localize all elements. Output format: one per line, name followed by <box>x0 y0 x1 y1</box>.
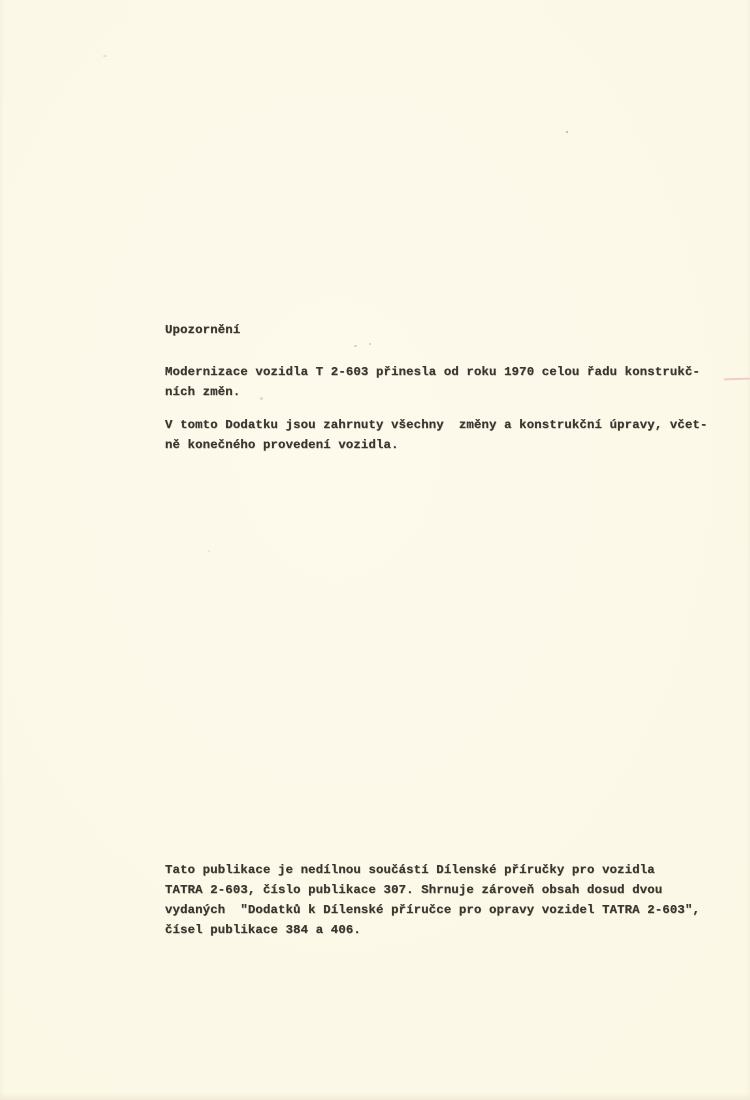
scan-speck <box>566 131 568 133</box>
text-line: Modernizace vozidla T 2-603 přinesla od … <box>165 362 700 382</box>
text-line: čísel publikace 384 a 406. <box>165 920 700 940</box>
scanned-paper-page: Upozornění Modernizace vozidla T 2-603 p… <box>0 0 750 1100</box>
scan-speck <box>208 550 210 552</box>
scan-artifact-pink-mark <box>724 378 750 381</box>
text-line: ně konečného provedení vozidla. <box>165 435 708 455</box>
text-line: ních změn. <box>165 382 700 402</box>
paragraph-modernization: Modernizace vozidla T 2-603 přinesla od … <box>165 362 700 402</box>
text-line: vydaných "Dodatků k Dílenské příručce pr… <box>165 900 700 920</box>
text-line: Tato publikace je nedílnou součástí Díle… <box>165 860 700 880</box>
text-line: V tomto Dodatku jsou zahrnuty všechny zm… <box>165 415 708 435</box>
scan-speck <box>354 345 357 347</box>
paragraph-publication-note: Tato publikace je nedílnou součástí Díle… <box>165 860 700 940</box>
heading-text: Upozornění <box>165 320 240 340</box>
scan-speck <box>369 343 371 345</box>
notice-heading: Upozornění <box>165 320 240 340</box>
text-line: TATRA 2-603, číslo publikace 307. Shrnuj… <box>165 880 700 900</box>
scan-speck <box>260 397 263 400</box>
paragraph-supplement-scope: V tomto Dodatku jsou zahrnuty všechny zm… <box>165 415 708 455</box>
scan-speck <box>103 55 107 57</box>
